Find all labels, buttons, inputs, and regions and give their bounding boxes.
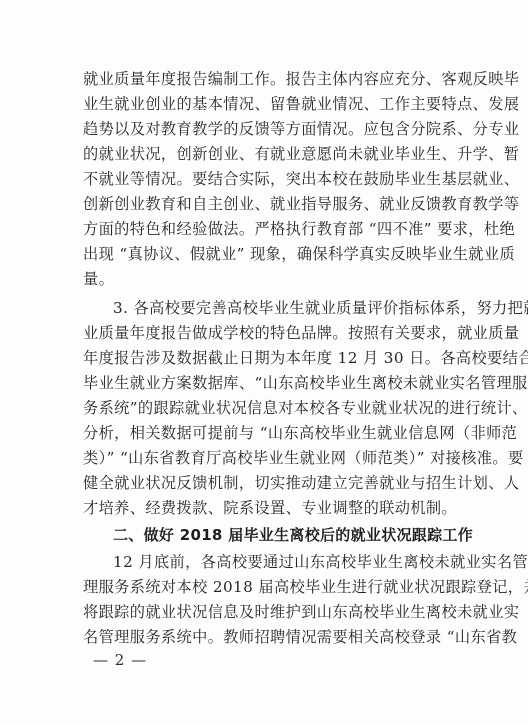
section-heading: 二、做好 2018 届毕业生离校后的就业状况跟踪工作	[113, 524, 473, 546]
item-3-line: 才培养、经费拨款、院系设置、专业调整的联动机制。	[83, 497, 449, 519]
paragraph-line: 出现 “真协议、假就业” 现象，确保科学真实反映毕业生就业质	[83, 243, 449, 265]
paragraph-line: 量。	[83, 268, 449, 290]
item-3-line: 分析，相关数据可提前与 “山东高校毕业生就业信息网（非师范	[83, 422, 449, 444]
section-2-line: 理服务系统对本校 2018 届高校毕业生进行就业状况跟踪登记，并	[83, 576, 449, 598]
paragraph-line: 业生就业创业的基本情况、留鲁就业情况、工作主要特点、发展	[83, 93, 449, 115]
document-page: 就业质量年度报告编制工作。报告主体内容应充分、客观反映毕 业生就业创业的基本情况…	[0, 0, 528, 725]
page-number: — 2 —	[93, 650, 147, 670]
paragraph-line: 创新创业教育和自主创业、就业指导服务、就业反馈教育教学等	[83, 193, 449, 215]
item-3-line: 业质量年度报告做成学校的特色品牌。按照有关要求，就业质量	[83, 322, 449, 344]
paragraph-line: 就业质量年度报告编制工作。报告主体内容应充分、客观反映毕	[83, 68, 449, 90]
section-2-line: 名管理服务系统中。教师招聘情况需要相关高校登录 “山东省教	[83, 626, 449, 648]
item-3-line: 健全就业状况反馈机制，切实推动建立完善就业与招生计划、人	[83, 472, 449, 494]
item-3-line: 务系统”的跟踪就业状况信息对本校各专业就业状况的进行统计、	[83, 397, 449, 419]
section-2-line: 12 月底前，各高校要通过山东高校毕业生离校未就业实名管	[113, 551, 449, 573]
paragraph-line: 不就业等情况。要结合实际，突出本校在鼓励毕业生基层就业、	[83, 168, 449, 190]
item-3-line: 毕业生就业方案数据库、“山东高校毕业生离校未就业实名管理服	[83, 372, 449, 394]
item-3-line: 类）” “山东省教育厅高校毕业生就业网（师范类）” 对接核准。要	[83, 447, 449, 469]
item-3-line: 年度报告涉及数据截止日期为本年度 12 月 30 日。各高校要结合	[83, 347, 449, 369]
paragraph-line: 趋势以及对教育教学的反馈等方面情况。应包含分院系、分专业	[83, 118, 449, 140]
item-3-line: 3. 各高校要完善高校毕业生就业质量评价指标体系，努力把就	[113, 297, 449, 319]
paragraph-line: 方面的特色和经验做法。严格执行教育部 “四不准” 要求，杜绝	[83, 218, 449, 240]
section-2-line: 将跟踪的就业状况信息及时维护到山东高校毕业生离校未就业实	[83, 601, 449, 623]
paragraph-line: 的就业状况，创新创业、有就业意愿尚未就业毕业生、升学、暂	[83, 143, 449, 165]
